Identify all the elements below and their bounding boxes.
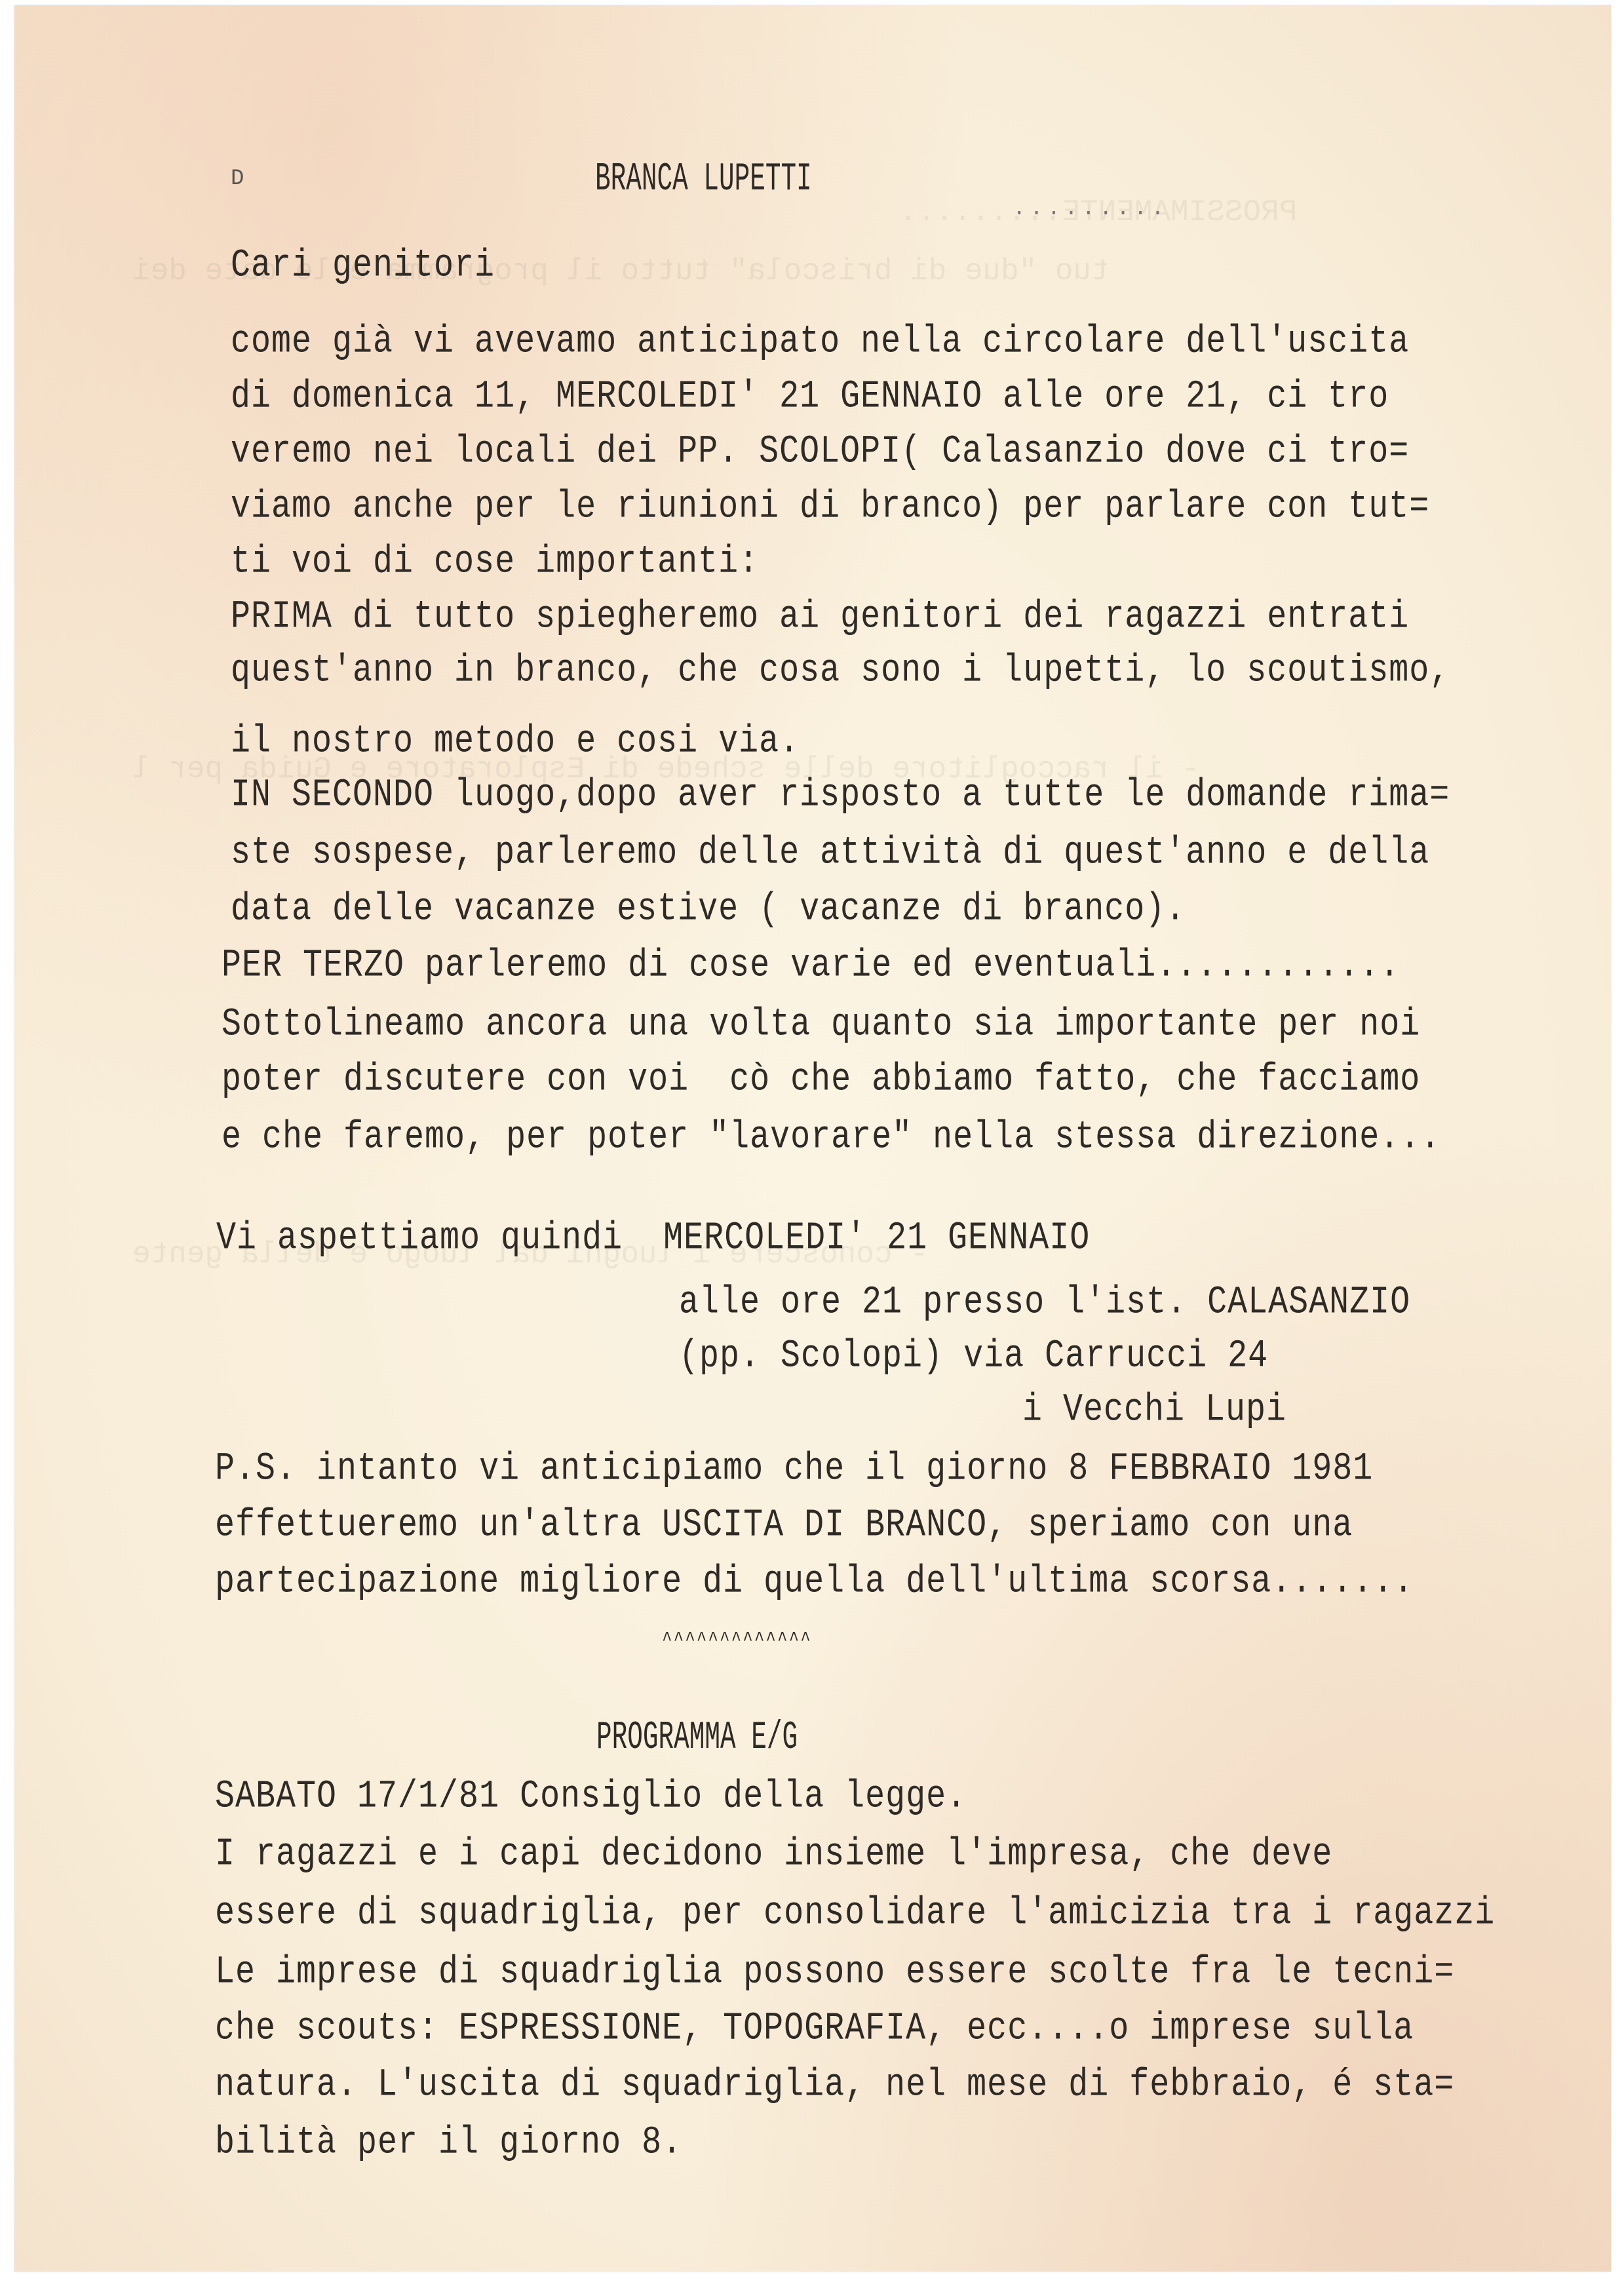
body-line: come già vi avevamo anticipato nella cir… — [231, 320, 1409, 364]
body-line: di domenica 11, MERCOLEDI' 21 GENNAIO al… — [231, 375, 1389, 419]
invitation-line: Vi aspettiamo quindi MERCOLEDI' 21 GENNA… — [216, 1216, 1090, 1260]
ps-line: P.S. intanto vi anticipiamo che il giorn… — [215, 1447, 1373, 1491]
body-line: PRIMA di tutto spiegheremo ai genitori d… — [231, 595, 1409, 639]
salutation: Cari genitori — [231, 244, 495, 288]
body-line: poter discutere con voi cò che abbiamo f… — [222, 1058, 1420, 1102]
program-line: Le imprese di squadriglia possono essere… — [215, 1950, 1454, 1994]
body-line: ste sospese, parleremo delle attività di… — [231, 831, 1429, 875]
ps-line: partecipazione migliore di quella dell'u… — [215, 1560, 1414, 1604]
page-marker: D — [231, 166, 244, 191]
body-line: il nostro metodo e cosi via. — [231, 720, 800, 764]
body-line: viamo anche per le riunioni di branco) p… — [231, 485, 1429, 529]
body-line: PER TERZO parleremo di cose varie ed eve… — [222, 944, 1400, 988]
document-title: BRANCA LUPETTI — [595, 157, 812, 202]
signature: i Vecchi Lupi — [1022, 1388, 1286, 1432]
program-title: PROGRAMMA E/G — [596, 1716, 798, 1760]
body-line: veremo nei locali dei PP. SCOLOPI( Calas… — [231, 430, 1409, 474]
program-line: I ragazzi e i capi decidono insieme l'im… — [215, 1832, 1332, 1876]
program-line: bilità per il giorno 8. — [215, 2121, 682, 2165]
body-line: e che faremo, per poter "lavorare" nella… — [222, 1115, 1440, 1159]
body-line: data delle vacanze estive ( vacanze di b… — [231, 887, 1186, 931]
body-line: Sottolineamo ancora una volta quanto sia… — [222, 1003, 1420, 1047]
body-line: ti voi di cose importanti: — [231, 540, 759, 584]
body-line: quest'anno in branco, che cosa sono i lu… — [231, 649, 1450, 693]
program-line: essere di squadriglia, per consolidare l… — [215, 1891, 1495, 1935]
body-line: IN SECONDO luogo,dopo aver risposto a tu… — [231, 773, 1450, 817]
program-line: natura. L'uscita di squadriglia, nel mes… — [215, 2063, 1454, 2107]
invitation-line: alle ore 21 presso l'ist. CALASANZIO — [679, 1281, 1410, 1325]
ps-line: effettueremo un'altra USCITA DI BRANCO, … — [215, 1503, 1353, 1547]
separator: ^^^^^^^^^^^^^ — [662, 1628, 812, 1651]
header-dots: ......... — [1013, 197, 1169, 222]
program-line: SABATO 17/1/81 Consiglio della legge. — [215, 1775, 967, 1819]
program-line: che scouts: ESPRESSIONE, TOPOGRAFIA, ecc… — [215, 2007, 1414, 2051]
invitation-line: (pp. Scolopi) via Carrucci 24 — [679, 1334, 1268, 1378]
